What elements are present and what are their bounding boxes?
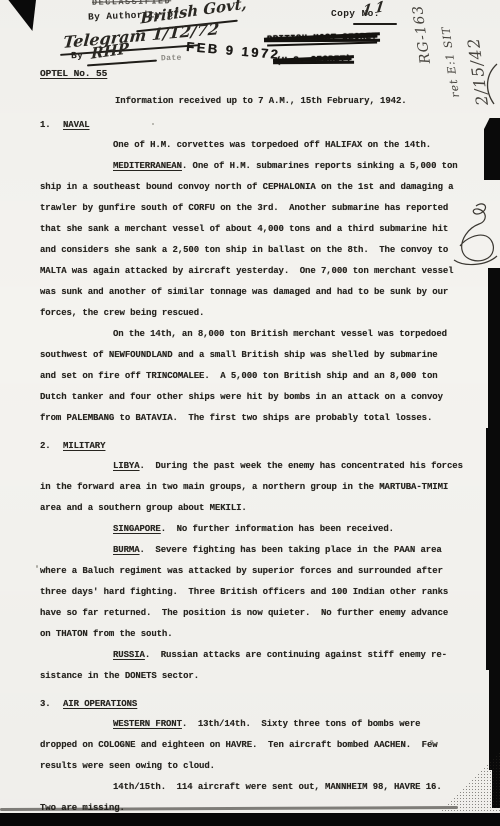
document-intro-line: Information received up to 7 A.M., 15th …	[115, 94, 476, 108]
doc-line: BURMA. Severe fighting has been taking p…	[40, 540, 476, 561]
struck-classification-text: BRITISH MOST SECRET	[267, 32, 377, 47]
doc-line: from PALEMBANG to BATAVIA. The first two…	[40, 408, 476, 429]
doc-line: MALTA was again attacked by aircraft yes…	[40, 261, 476, 282]
doc-line: have so far returned. The position is no…	[40, 603, 476, 624]
by-stamp-label: By	[71, 50, 84, 61]
doc-line: results were seen owing to cloud.	[40, 756, 476, 777]
doc-line: One of H.M. corvettes was torpedoed off …	[40, 135, 476, 156]
copy-number-handwriting: 11	[361, 0, 388, 20]
doc-line: area and a southern group about MEKILI.	[40, 498, 476, 519]
doc-line: MEDITERRANEAN. One of H.M. submarines re…	[40, 156, 476, 177]
section-heading: 3.AIR OPERATIONS	[40, 694, 476, 714]
date-stamp-label: Date	[161, 54, 182, 64]
doc-line: that she sank a merchant vessel of about…	[40, 219, 476, 240]
scan-edge-strip	[484, 118, 500, 180]
doc-line: 14th/15th. 114 aircraft were sent out, M…	[40, 777, 476, 798]
doc-sections: 1.NAVALOne of H.M. corvettes was torpedo…	[40, 115, 476, 819]
initials-handwriting: RHP	[91, 39, 129, 63]
doc-line: was sunk and another of similar tonnage …	[40, 282, 476, 303]
section-heading: 2.MILITARY	[40, 436, 476, 456]
scan-edge-strip	[486, 428, 500, 670]
document-title: OPTEL No. 55	[40, 67, 107, 81]
doc-line: sistance in the DONETS sector.	[40, 666, 476, 687]
scan-corner-fold-artifact	[6, 0, 36, 31]
doc-line: dropped on COLOGNE and eighteen on HAVRE…	[40, 735, 476, 756]
scan-edge-strip	[488, 268, 500, 430]
doc-line: and set on fire off TRINCOMALEE. A 5,000…	[40, 366, 476, 387]
doc-line: ship in a southeast bound convoy north o…	[40, 177, 476, 198]
doc-line: forces, the crew being rescued.	[40, 303, 476, 324]
doc-line: LIBYA. During the past week the enemy ha…	[40, 456, 476, 477]
doc-line: RUSSIA. Russian attacks are continuing a…	[40, 645, 476, 666]
doc-line: and considers she sank a 2,500 ton ship …	[40, 240, 476, 261]
copy-number-underline	[353, 23, 397, 25]
doc-line: southwest of NEWFOUNDLAND and a small Br…	[40, 345, 476, 366]
scanned-document-page: DECLASSIFIED By Authority of British Gov…	[0, 0, 500, 826]
doc-line: WESTERN FRONT. 13th/14th. Sixty three to…	[40, 714, 476, 735]
doc-line: on THATON from the south.	[40, 624, 476, 645]
doc-line: Two are missing.	[40, 798, 476, 819]
doc-line: three days' hard fighting. Three British…	[40, 582, 476, 603]
doc-line: SINGAPORE. No further information has be…	[40, 519, 476, 540]
doc-line: On the 14th, an 8,000 ton British mercha…	[40, 324, 476, 345]
section-heading: 1.NAVAL	[40, 115, 476, 135]
doc-line: trawler by gunfire south of CORFU on the…	[40, 198, 476, 219]
document-body: OPTEL No. 55 Information received up to …	[40, 64, 476, 819]
doc-line: in the forward area in two main groups, …	[40, 477, 476, 498]
marginalia-handwriting: RG-163	[410, 5, 434, 65]
doc-line: where a Baluch regiment was attacked by …	[40, 561, 476, 582]
handwritten-curl-mark	[481, 60, 500, 110]
doc-line: Dutch tanker and four other ships were h…	[40, 387, 476, 408]
